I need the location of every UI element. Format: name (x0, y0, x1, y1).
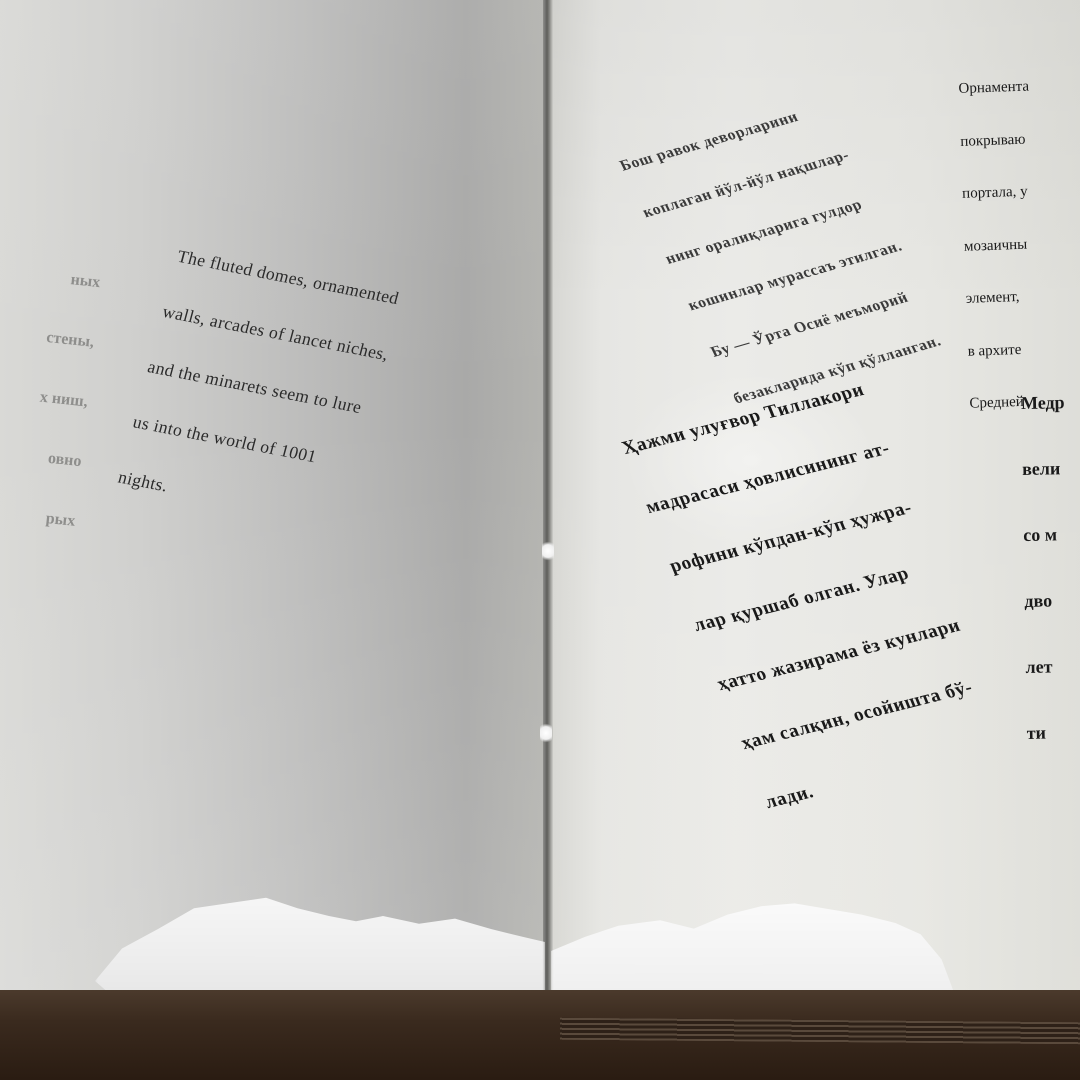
text-line: ҳатто жазирама ёз кунлари (714, 615, 964, 695)
text-line: walls, arcades of lancet niches, (160, 302, 390, 364)
binding-stitch (540, 722, 552, 744)
russian-caption-middle: Медр вели со м дво лет ти (1020, 347, 1071, 788)
text-line: покрываю (960, 131, 1031, 151)
text-line: nights. (116, 468, 346, 530)
text-line: лет (1025, 655, 1069, 678)
text-line: мозаичны (964, 236, 1035, 256)
text-line: лади. (762, 733, 1012, 813)
text-line: ҳам салқин, осойишта бў- (738, 674, 988, 754)
text-line: рофини кўпдан-кўп ҳужра- (667, 497, 917, 577)
text-line: вели (1022, 457, 1066, 480)
text-line: мадрасаси ҳовлисининг ат- (643, 438, 893, 518)
text-line: стены, (0, 321, 95, 352)
text-line: х ниш, (0, 381, 89, 412)
text-line: The fluted domes, ornamented (175, 247, 405, 309)
text-line: Медр (1021, 391, 1065, 414)
text-line: со м (1023, 523, 1067, 546)
text-line: Ҳажми улуғвор Тиллакори (619, 379, 869, 459)
text-line: us into the world of 1001 (131, 412, 361, 474)
text-line: дво (1024, 589, 1068, 612)
text-line: лар қуршаб олган. Улар (690, 556, 940, 636)
page-stack-edge (560, 1018, 1080, 1045)
book-photo: ных стены, х ниш, овно рых The fluted do… (0, 0, 1080, 1080)
binding-stitch (542, 540, 554, 562)
text-line: and the minarets seem to lure (146, 357, 376, 419)
text-line: портала, у (962, 183, 1033, 203)
text-line: ти (1027, 721, 1071, 744)
text-line: рых (0, 500, 76, 531)
text-line: овно (0, 441, 82, 472)
text-line: Орнамента (958, 79, 1029, 99)
text-line: элемент, (966, 288, 1037, 308)
book-gutter (543, 0, 553, 1040)
text-line: ных (0, 262, 101, 293)
